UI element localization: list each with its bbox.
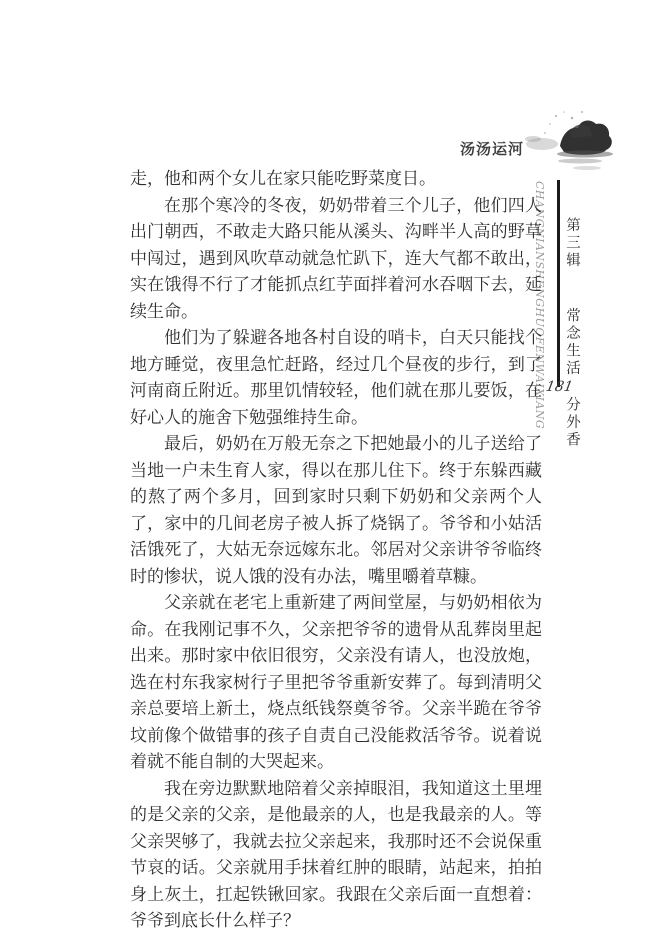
paragraph: 我在旁边默默地陪着父亲掉眼泪，我知道这土里埋的是父亲的父亲，是他最亲的人，也是我… <box>130 776 542 929</box>
paragraph: 在那个寒冷的冬夜，奶奶带着三个儿子，他们四人出门朝西，不敢走大路只能从溪头、沟畔… <box>130 193 542 326</box>
paragraph: 他们为了躲避各地各村自设的哨卡，白天只能找个地方睡觉，夜里急忙赶路，经过几个昼夜… <box>130 325 542 431</box>
paragraph: 走，他和两个女儿在家只能吃野菜度日。 <box>130 166 542 193</box>
section-title-vertical-label: 第三辑 常念生活 分外香 <box>562 217 583 449</box>
body-text: 走，他和两个女儿在家只能吃野菜度日。 在那个寒冷的冬夜，奶奶带着三个儿子，他们四… <box>130 166 542 929</box>
page-number: 181 <box>545 379 575 395</box>
book-page: 汤汤运河 CHANGNIANSHENGHUOFENWAIXIANG 第三辑 常念… <box>0 0 665 929</box>
sidebar-rule <box>557 180 560 387</box>
paragraph: 最后，奶奶在万般无奈之下把她最小的儿子送给了当地一户未生育人家，得以在那儿住下。… <box>130 431 542 590</box>
paragraph: 父亲就在老宅上重新建了两间堂屋，与奶奶相依为命。在我刚记事不久，父亲把爷爷的遗骨… <box>130 590 542 776</box>
